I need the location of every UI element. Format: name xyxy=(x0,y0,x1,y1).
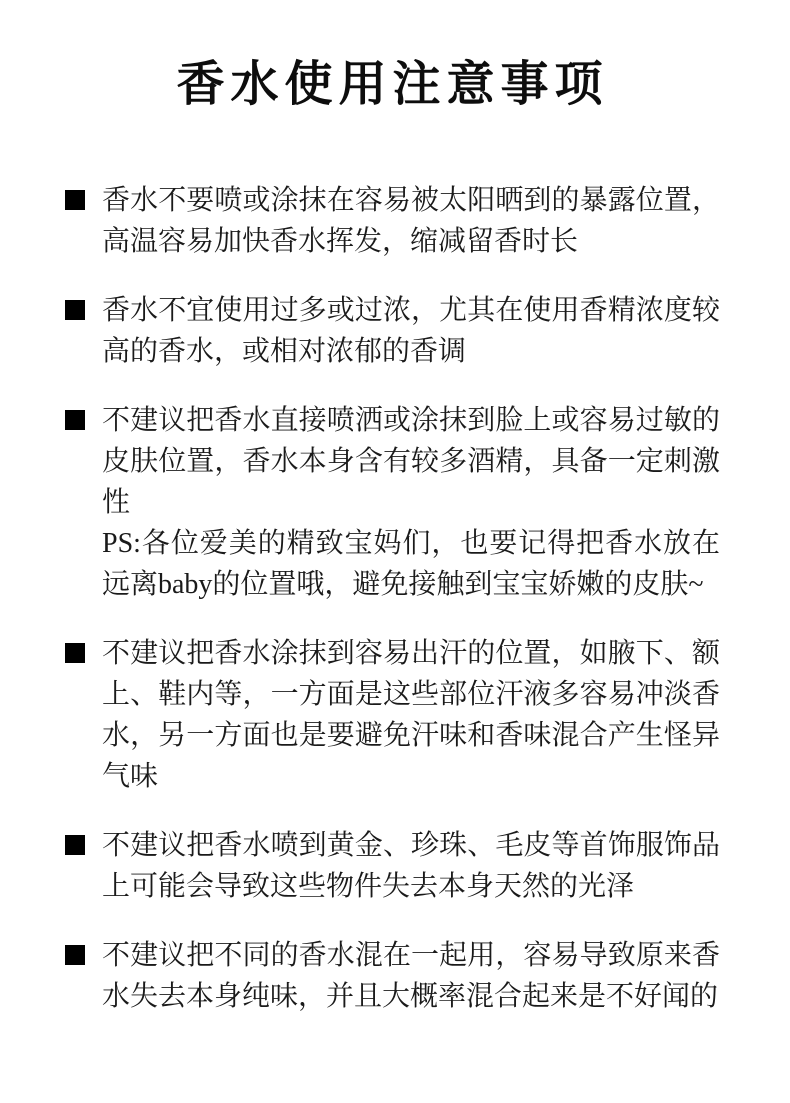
bullet-square-icon xyxy=(65,945,85,965)
list-item: 不建议把不同的香水混在一起用，容易导致原来香水失去本身纯味，并且大概率混合起来是… xyxy=(65,935,720,1017)
bullet-square-icon xyxy=(65,835,85,855)
item-note: PS:各位爱美的精致宝妈们，也要记得把香水放在远离baby的位置哦，避免接触到宝… xyxy=(102,523,720,605)
document-page: 香水使用注意事项 香水不要喷或涂抹在容易被太阳晒到的暴露位置，高温容易加快香水挥… xyxy=(0,0,790,1103)
notice-list: 香水不要喷或涂抹在容易被太阳晒到的暴露位置，高温容易加快香水挥发，缩减留香时长 … xyxy=(65,180,720,1017)
bullet-square-icon xyxy=(65,410,85,430)
page-title: 香水使用注意事项 xyxy=(65,56,720,114)
item-text: 不建议把不同的香水混在一起用，容易导致原来香水失去本身纯味，并且大概率混合起来是… xyxy=(102,935,720,1017)
item-text: 不建议把香水喷到黄金、珍珠、毛皮等首饰服饰品上可能会导致这些物件失去本身天然的光… xyxy=(102,825,720,907)
item-text-wrap: 香水不要喷或涂抹在容易被太阳晒到的暴露位置，高温容易加快香水挥发，缩减留香时长 xyxy=(102,180,720,262)
item-text-wrap: 不建议把香水涂抹到容易出汗的位置，如腋下、额上、鞋内等，一方面是这些部位汗液多容… xyxy=(102,633,720,797)
item-text-wrap: 不建议把不同的香水混在一起用，容易导致原来香水失去本身纯味，并且大概率混合起来是… xyxy=(102,935,720,1017)
item-text: 香水不要喷或涂抹在容易被太阳晒到的暴露位置，高温容易加快香水挥发，缩减留香时长 xyxy=(102,180,720,262)
bullet-square-icon xyxy=(65,643,85,663)
item-text-wrap: 不建议把香水喷到黄金、珍珠、毛皮等首饰服饰品上可能会导致这些物件失去本身天然的光… xyxy=(102,825,720,907)
item-text: 香水不宜使用过多或过浓，尤其在使用香精浓度较高的香水，或相对浓郁的香调 xyxy=(102,290,720,372)
item-text: 不建议把香水涂抹到容易出汗的位置，如腋下、额上、鞋内等，一方面是这些部位汗液多容… xyxy=(102,633,720,797)
list-item: 香水不宜使用过多或过浓，尤其在使用香精浓度较高的香水，或相对浓郁的香调 xyxy=(65,290,720,372)
list-item: 不建议把香水喷到黄金、珍珠、毛皮等首饰服饰品上可能会导致这些物件失去本身天然的光… xyxy=(65,825,720,907)
item-text-wrap: 不建议把香水直接喷洒或涂抹到脸上或容易过敏的皮肤位置，香水本身含有较多酒精，具备… xyxy=(102,400,720,605)
bullet-square-icon xyxy=(65,300,85,320)
item-text-wrap: 香水不宜使用过多或过浓，尤其在使用香精浓度较高的香水，或相对浓郁的香调 xyxy=(102,290,720,372)
list-item: 香水不要喷或涂抹在容易被太阳晒到的暴露位置，高温容易加快香水挥发，缩减留香时长 xyxy=(65,180,720,262)
item-text: 不建议把香水直接喷洒或涂抹到脸上或容易过敏的皮肤位置，香水本身含有较多酒精，具备… xyxy=(102,400,720,523)
bullet-square-icon xyxy=(65,190,85,210)
list-item: 不建议把香水直接喷洒或涂抹到脸上或容易过敏的皮肤位置，香水本身含有较多酒精，具备… xyxy=(65,400,720,605)
list-item: 不建议把香水涂抹到容易出汗的位置，如腋下、额上、鞋内等，一方面是这些部位汗液多容… xyxy=(65,633,720,797)
